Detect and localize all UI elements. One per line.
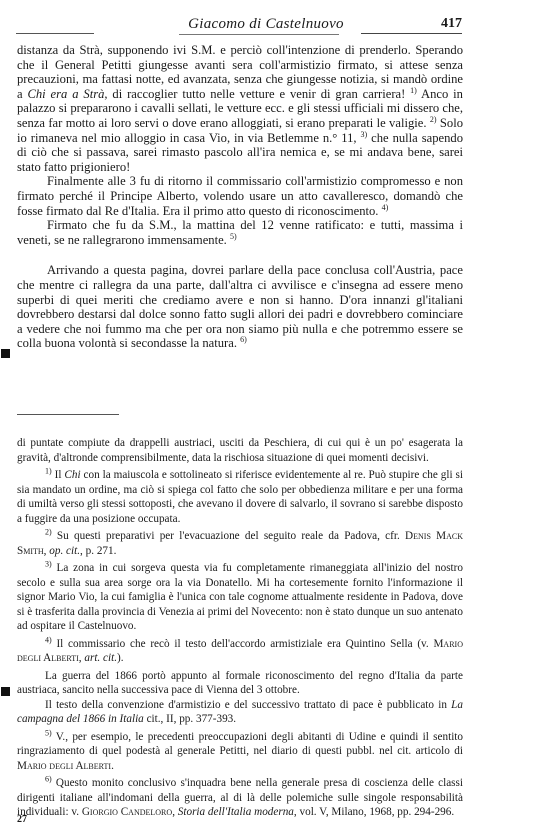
- paragraph: Firmato che fu da S.M., la mattina del 1…: [17, 218, 463, 247]
- footnote-5: 5) V., per esempio, le precedenti preocc…: [17, 730, 463, 774]
- footnote-ref: 2): [430, 115, 437, 124]
- footnote-ref: 1): [410, 86, 417, 95]
- footnote-separator: [17, 414, 119, 415]
- paragraph: distanza da Strà, supponendo ivi S.M. e …: [17, 43, 463, 174]
- footnote-continuation: di puntate compiute da drappelli austria…: [17, 436, 463, 465]
- page-number: 417: [441, 16, 462, 32]
- footnote-4-continued: La guerra del 1866 portò appunto al form…: [17, 669, 463, 698]
- main-text: distanza da Strà, supponendo ivi S.M. e …: [17, 43, 463, 351]
- document-page: Giacomo di Castelnuovo 417 distanza da S…: [0, 0, 550, 830]
- footnote-4: 4) Il commissario che recò il testo dell…: [17, 637, 463, 666]
- footnote-3: 3) La zona in cui sorgeva questa via fu …: [17, 561, 463, 634]
- running-header: Giacomo di Castelnuovo 417: [16, 14, 462, 36]
- margin-mark: [1, 349, 10, 358]
- footnote-ref: 6): [240, 335, 247, 344]
- paragraph: Arrivando a questa pagina, dovrei parlar…: [17, 263, 463, 351]
- margin-mark: [1, 687, 10, 696]
- running-title: Giacomo di Castelnuovo: [166, 16, 366, 33]
- paragraph: Finalmente alle 3 fu di ritorno il commi…: [17, 174, 463, 218]
- signature-number: 27: [17, 814, 27, 825]
- header-rule: [16, 33, 94, 34]
- footnotes: di puntate compiute da drappelli austria…: [17, 436, 463, 820]
- header-rule: [361, 33, 462, 34]
- footnote-4-continued: Il testo della convenzione d'armistizio …: [17, 698, 463, 727]
- footnote-ref: 4): [382, 202, 389, 211]
- footnote-ref: 5): [230, 232, 237, 241]
- footnote-2: 2) Su questi preparativi per l'evacuazio…: [17, 529, 463, 558]
- header-rule: [179, 34, 339, 35]
- footnote-6: 6) Questo monito conclusivo s'inquadra b…: [17, 776, 463, 820]
- footnote-1: 1) Il Chi con la maiuscola e sottolineat…: [17, 468, 463, 526]
